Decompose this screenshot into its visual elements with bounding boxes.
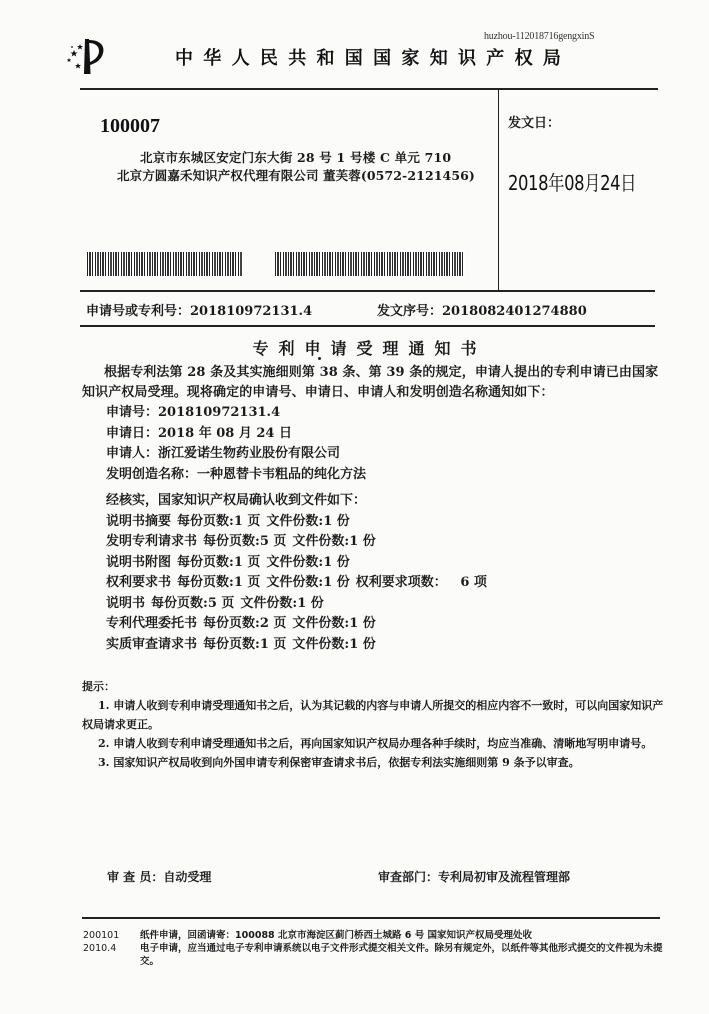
detail-label: 申请人： xyxy=(106,446,158,461)
serial-number-field: 发文序号：2018082401274880 xyxy=(377,300,587,319)
reference-bottom-rule xyxy=(80,325,655,327)
application-number-label: 申请号或专利号： xyxy=(86,304,190,319)
cnipa-logo-icon xyxy=(66,36,110,76)
file-copies: 文件份数:1 份 xyxy=(240,596,323,611)
file-pages: 每份页数:2 页 xyxy=(203,616,286,631)
detail-value: 一种恩替卡韦粗品的纯化方法 xyxy=(197,467,366,482)
footer-paper-submission: 纸件申请，回函请寄：100088 北京市海淀区蓟门桥西土城路 6 号 国家知识产… xyxy=(140,929,665,942)
tip-item: 3. 国家知识产权局收到向外国申请专利保密审查请求书后，依据专利法实施细则第 9… xyxy=(82,753,667,772)
agency-title: 中华人民共和国国家知识产权局 xyxy=(175,44,571,70)
document-title: 专利申请受理通知书 xyxy=(0,336,709,359)
file-name: 说明书 xyxy=(106,596,145,611)
file-copies: 文件份数:1 份 xyxy=(266,575,349,590)
file-name: 发明专利请求书 xyxy=(106,534,197,549)
files-intro: 经核实，国家知识产权局确认收到文件如下： xyxy=(106,491,493,512)
recipient-postcode: 100007 xyxy=(100,115,160,138)
form-code: 200101 xyxy=(83,929,119,942)
detail-row: 申请号：201810972131.4 xyxy=(106,403,366,424)
footer-rule xyxy=(82,917,660,919)
intro-paragraph: 根据专利法第 28 条及其实施细则第 38 条、第 39 条的规定，申请人提出的… xyxy=(82,363,662,402)
detail-label: 申请日： xyxy=(106,426,158,441)
tips-list: 1. 申请人收到专利申请受理通知书之后，认为其记载的内容与申请人所提交的相应内容… xyxy=(82,696,667,772)
detail-row: 申请人：浙江爱诺生物药业股份有限公司 xyxy=(106,444,366,465)
file-row: 说明书附图每份页数:1 页文件份数:1 份 xyxy=(106,553,493,574)
footer-notes: 纸件申请，回函请寄：100088 北京市海淀区蓟门桥西土城路 6 号 国家知识产… xyxy=(140,929,665,968)
issue-date-label: 发文日： xyxy=(508,112,560,131)
file-pages: 每份页数:5 页 xyxy=(203,534,286,549)
file-copies: 文件份数:1 份 xyxy=(292,616,375,631)
detail-value: 2018 年 08 月 24 日 xyxy=(158,426,292,441)
application-details: 申请号：201810972131.4申请日：2018 年 08 月 24 日申请… xyxy=(106,403,366,485)
detail-label: 申请号： xyxy=(106,405,158,420)
department-value: 专利局初审及流程管理部 xyxy=(438,870,570,884)
recipient-address: 北京市东城区安定门东大街 28 号 1 号楼 C 单元 710 xyxy=(140,148,451,166)
address-divider xyxy=(498,89,499,291)
file-row: 说明书每份页数:5 页文件份数:1 份 xyxy=(106,594,493,615)
tips-heading: 提示： xyxy=(82,677,667,696)
barcode-serial xyxy=(275,252,465,276)
file-extra: 权利要求项数： 6 项 xyxy=(356,575,487,590)
footer-form-code: 200101 2010.4 xyxy=(83,929,119,955)
file-pages: 每份页数:1 页 xyxy=(177,514,260,529)
file-name: 权利要求书 xyxy=(106,575,171,590)
file-pages: 每份页数:1 页 xyxy=(177,555,260,570)
application-number-field: 申请号或专利号：201810972131.4 xyxy=(86,300,312,319)
examiner-label: 审 查 员： xyxy=(107,870,163,884)
file-name: 说明书摘要 xyxy=(106,514,171,529)
tracking-id: huzhou-112018716gengxinS xyxy=(484,31,594,42)
file-copies: 文件份数:1 份 xyxy=(292,534,375,549)
file-name: 专利代理委托书 xyxy=(106,616,197,631)
department-label: 审查部门： xyxy=(378,870,438,884)
file-copies: 文件份数:1 份 xyxy=(266,514,349,529)
detail-label: 发明创造名称： xyxy=(106,467,197,482)
department-field: 审查部门：专利局初审及流程管理部 xyxy=(378,868,570,885)
file-row: 权利要求书每份页数:1 页文件份数:1 份权利要求项数： 6 项 xyxy=(106,573,493,594)
barcode-application xyxy=(87,252,243,276)
file-row: 实质审查请求书每份页数:1 页文件份数:1 份 xyxy=(106,635,493,656)
detail-row: 发明创造名称：一种恩替卡韦粗品的纯化方法 xyxy=(106,465,366,486)
footer-electronic-submission: 电子申请，应当通过电子专利申请系统以电子文件形式提交相关文件。除另有规定外，以纸… xyxy=(140,942,665,968)
tip-item: 2. 申请人收到专利申请受理通知书之后，再向国家知识产权局办理各种手续时，均应当… xyxy=(82,734,667,753)
files-list: 说明书摘要每份页数:1 页文件份数:1 份发明专利请求书每份页数:5 页文件份数… xyxy=(106,512,493,656)
file-row: 说明书摘要每份页数:1 页文件份数:1 份 xyxy=(106,512,493,533)
file-copies: 文件份数:1 份 xyxy=(266,555,349,570)
detail-value: 201810972131.4 xyxy=(158,405,280,420)
file-row: 发明专利请求书每份页数:5 页文件份数:1 份 xyxy=(106,532,493,553)
title-dot xyxy=(318,357,321,360)
recipient-agency: 北京方圆嘉禾知识产权代理有限公司 董芙蓉(0572-2121456) xyxy=(117,166,475,184)
detail-value: 浙江爱诺生物药业股份有限公司 xyxy=(158,446,340,461)
header-rule xyxy=(80,88,658,90)
serial-number-value: 2018082401274880 xyxy=(442,304,587,319)
detail-row: 申请日：2018 年 08 月 24 日 xyxy=(106,424,366,445)
issue-date: 2018年08月24日 xyxy=(508,167,636,196)
examiner-value: 自动受理 xyxy=(163,870,211,884)
file-row: 专利代理委托书每份页数:2 页文件份数:1 份 xyxy=(106,614,493,635)
file-name: 说明书附图 xyxy=(106,555,171,570)
serial-number-label: 发文序号： xyxy=(377,304,442,319)
received-files: 经核实，国家知识产权局确认收到文件如下： 说明书摘要每份页数:1 页文件份数:1… xyxy=(106,491,493,655)
reference-top-rule xyxy=(80,290,655,292)
examiner-field: 审 查 员：自动受理 xyxy=(107,868,211,885)
file-pages: 每份页数:5 页 xyxy=(151,596,234,611)
file-copies: 文件份数:1 份 xyxy=(292,637,375,652)
file-name: 实质审查请求书 xyxy=(106,637,197,652)
application-number-value: 201810972131.4 xyxy=(190,304,312,319)
file-pages: 每份页数:1 页 xyxy=(203,637,286,652)
tip-item: 1. 申请人收到专利申请受理通知书之后，认为其记载的内容与申请人所提交的相应内容… xyxy=(82,696,667,734)
tips-section: 提示： 1. 申请人收到专利申请受理通知书之后，认为其记载的内容与申请人所提交的… xyxy=(82,677,667,772)
form-version: 2010.4 xyxy=(83,942,119,955)
file-pages: 每份页数:1 页 xyxy=(177,575,260,590)
